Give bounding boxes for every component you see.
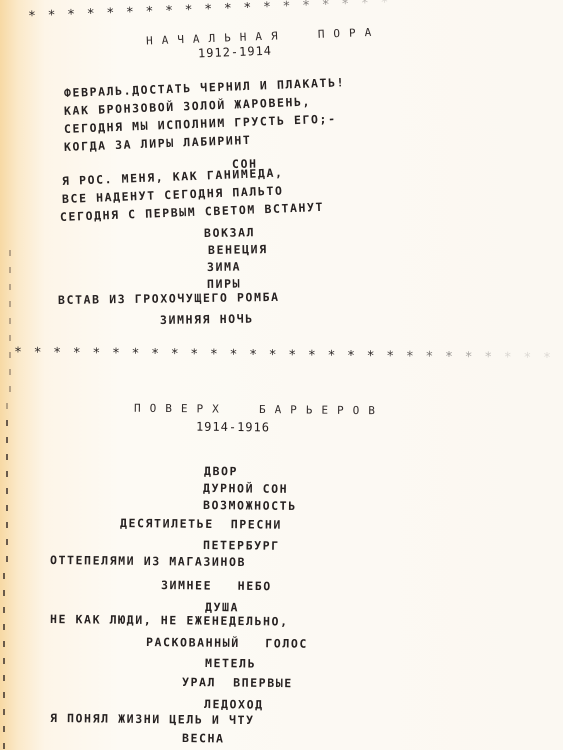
asterisk-glyph: * (288, 348, 308, 363)
asterisk-glyph: * (386, 349, 406, 364)
asterisk-glyph: * (302, 0, 322, 14)
perforation-hole (3, 726, 5, 732)
asterisk-glyph: * (67, 7, 87, 23)
asterisk-glyph: * (322, 0, 342, 13)
asterisk-glyph: * (190, 347, 210, 362)
asterisk-glyph: * (243, 0, 263, 16)
tractor-feed-perforation (3, 0, 7, 750)
perforation-hole (9, 318, 11, 324)
asterisk-glyph: * (28, 8, 48, 24)
poem-title-line: ВЕСНА (182, 731, 225, 745)
poem-title-line: ВОКЗАЛ (204, 225, 255, 240)
asterisk-glyph: * (204, 2, 224, 18)
poem-title-line: ПИРЫ (207, 277, 241, 291)
poem-title-line: ПЕТЕРБУРГ (203, 538, 280, 553)
section-years-2: 1914-1916 (196, 420, 270, 435)
perforation-hole (9, 250, 11, 256)
perforation-hole (9, 369, 11, 375)
perforation-hole (9, 335, 11, 341)
poem-title-line: ЗИМНЕЕ НЕБО (161, 578, 272, 593)
perforation-hole (6, 505, 8, 511)
poem-title-line: ДУША (205, 600, 239, 614)
asterisk-glyph: * (112, 346, 132, 361)
asterisk-glyph: * (151, 347, 171, 362)
asterisk-glyph: * (327, 348, 347, 363)
asterisk-glyph: * (367, 349, 387, 364)
perforation-hole (6, 471, 8, 477)
perforation-hole (9, 386, 11, 392)
asterisk-glyph: * (92, 346, 112, 361)
asterisk-glyph: * (73, 346, 93, 361)
asterisk-glyph: * (406, 349, 426, 364)
poem-title-line: ЛЕДОХОД (204, 697, 264, 712)
asterisk-glyph: * (47, 8, 67, 24)
asterisk-glyph: * (269, 348, 289, 363)
perforation-hole (6, 522, 8, 528)
poem-title-line: Я ПОНЯЛ ЖИЗНИ ЦЕЛЬ И ЧТУ (50, 711, 255, 727)
perforation-hole (3, 573, 5, 579)
perforation-hole (6, 488, 8, 494)
asterisk-glyph: * (184, 2, 204, 18)
perforation-hole (3, 743, 5, 749)
asterisk-glyph: * (484, 350, 504, 365)
poem-title-line: ВОЗМОЖНОСТЬ (203, 498, 297, 513)
perforation-hole (3, 709, 5, 715)
poem-title-line: МЕТЕЛЬ (205, 656, 256, 671)
section-years-1: 1912-1914 (198, 44, 273, 61)
asterisk-glyph: * (14, 345, 34, 360)
asterisk-glyph: * (210, 347, 230, 362)
perforation-hole (6, 556, 8, 562)
asterisk-glyph: * (445, 350, 465, 365)
section-title-2: ПОВЕРХ БАРЬЕРОВ (134, 402, 384, 418)
asterisk-separator-top: ******************* (28, 0, 401, 24)
printout-page: ******************* НАЧАЛЬНАЯ ПОРА 1912-… (0, 0, 563, 750)
poem-title-line: НЕ КАК ЛЮДИ, НЕ ЕЖЕНЕДЕЛЬНО, (50, 612, 289, 628)
perforation-hole (6, 420, 8, 426)
poem-title-line: РАСКОВАННЫЙ ГОЛОС (146, 635, 308, 651)
asterisk-glyph: * (465, 350, 485, 365)
perforation-hole (3, 692, 5, 698)
asterisk-glyph: * (131, 346, 151, 361)
perforation-hole (3, 590, 5, 596)
asterisk-glyph: * (224, 1, 244, 17)
poem-title-line: ДЕСЯТИЛЕТЬЕ ПРЕСНИ (120, 516, 282, 532)
asterisk-glyph: * (543, 351, 563, 366)
perforation-hole (3, 624, 5, 630)
asterisk-glyph: * (425, 349, 445, 364)
asterisk-glyph: * (523, 350, 543, 365)
asterisk-glyph: * (347, 349, 367, 364)
perforation-hole (3, 607, 5, 613)
perforation-hole (3, 675, 5, 681)
asterisk-glyph: * (171, 347, 191, 362)
perforation-hole (9, 267, 11, 273)
asterisk-glyph: * (34, 345, 54, 360)
perforation-hole (6, 454, 8, 460)
asterisk-separator-middle: **************************** (14, 345, 563, 366)
poem-title-line: ЗИМНЯЯ НОЧЬ (160, 312, 254, 327)
asterisk-glyph: * (504, 350, 524, 365)
asterisk-glyph: * (380, 0, 400, 11)
perforation-hole (9, 284, 11, 290)
perforation-hole (9, 352, 11, 358)
asterisk-glyph: * (229, 347, 249, 362)
asterisk-glyph: * (126, 5, 146, 21)
perforation-hole (6, 539, 8, 545)
perforation-hole (9, 301, 11, 307)
poem-title-line: ОТТЕПЕЛЯМИ ИЗ МАГАЗИНОВ (50, 553, 246, 569)
poem-title-line: ДУРНОЙ СОН (203, 481, 288, 496)
poem-title-line: УРАЛ ВПЕРВЫЕ (182, 675, 293, 690)
asterisk-glyph: * (361, 0, 381, 11)
asterisk-glyph: * (87, 6, 107, 22)
poem-title-line: ДВОР (204, 464, 238, 478)
perforation-hole (3, 658, 5, 664)
asterisk-glyph: * (165, 3, 185, 19)
asterisk-glyph: * (106, 5, 126, 21)
poem-title-line: ВСТАВ ИЗ ГРОХОЧУЩЕГО РОМБА (58, 290, 280, 307)
poem-title-line: ЗИМА (207, 260, 241, 274)
asterisk-glyph: * (53, 346, 73, 361)
asterisk-glyph: * (282, 0, 302, 14)
perforation-hole (3, 641, 5, 647)
asterisk-glyph: * (249, 348, 269, 363)
asterisk-glyph: * (263, 0, 283, 15)
perforation-hole (6, 403, 8, 409)
perforation-hole (6, 437, 8, 443)
poem-title-line: ВЕНЕЦИЯ (208, 242, 268, 257)
poem-title-line: КОГДА ЗА ЛИРЫ ЛАБИРИНТ (64, 133, 252, 154)
asterisk-glyph: * (308, 348, 328, 363)
asterisk-glyph: * (145, 4, 165, 20)
asterisk-glyph: * (341, 0, 361, 12)
